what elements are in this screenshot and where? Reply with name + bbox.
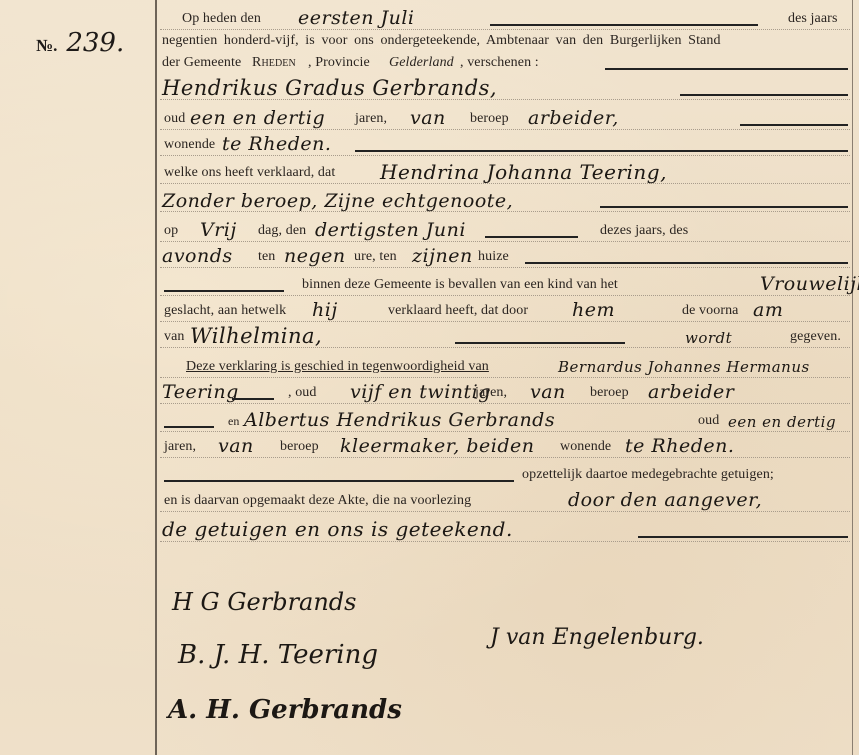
printed-text: , oud [288,385,317,401]
municipality-name: Rheden [252,55,296,71]
line-birth-date: op Vrij dag, den dertigsten Juni dezes j… [160,220,850,244]
handwritten-text: am [753,299,783,321]
line-child-name: van Wilhelmina, wordt gegeven. [160,326,850,350]
line-witness2-details: jaren, van beroep kleermaker, beiden won… [160,436,850,460]
printed-text: dezes jaars, des [600,223,688,239]
fill-bar [525,262,848,264]
handwritten-text: hem [572,299,615,321]
fill-bar [164,480,514,482]
handwritten-age: een en dertig [190,107,325,129]
handwritten-house: zijnen [412,245,473,267]
document-page: №. 239. Op heden den eersten Juli des ja… [0,0,859,755]
line-naming: geslacht, aan hetwelk hij verklaard heef… [160,300,850,324]
printed-text: wonende [560,439,611,455]
handwritten-text: wordt [685,329,732,347]
printed-text: van [164,329,185,345]
line-declarant-residence: wonende te Rheden. [160,134,850,158]
printed-text: op [164,223,178,239]
record-number-label: №. [36,36,57,55]
signature-witness2: A. H. Gerbrands [168,695,402,725]
printed-text: opzettelijk daartoe medegebrachte getuig… [522,467,774,483]
handwritten-hour: negen [284,245,346,267]
printed-text: welke ons heeft verklaard, dat [164,165,335,181]
line-signed: de getuigen en ons is geteekend. [160,520,850,544]
line-declarant-age: oud een en dertig jaren, van beroep arbe… [160,108,850,132]
fill-bar [355,150,848,152]
handwritten-child-name: Wilhelmina, [190,324,322,348]
signature-witness1: B. J. H. Teering [178,640,378,670]
signature-registrar: J van Engelenburg. [490,625,704,650]
line-declarant-name: Hendrikus Gradus Gerbrands, [160,78,850,102]
handwritten-date: eersten Juli [298,7,414,29]
handwritten-witness1-occupation: arbeider [648,381,734,403]
handwritten-mother-name: Hendrina Johanna Teering, [380,160,667,184]
handwritten-text: van [410,107,446,129]
printed-text: geslacht, aan hetwelk [164,303,286,319]
printed-text: Deze verklaring is geschied in tegenwoor… [186,359,489,375]
printed-text: beroep [590,385,629,401]
fill-bar [600,206,848,208]
line-mother: welke ons heeft verklaard, dat Hendrina … [160,162,850,186]
printed-text: ure, ten [354,249,397,265]
printed-text: oud [698,413,719,429]
line-municipality: der Gemeente Rheden , Provincie Gelderla… [160,52,850,76]
printed-text: Op heden den [182,11,261,27]
record-number: №. 239. [36,28,124,58]
handwritten-declarant: Hendrikus Gradus Gerbrands, [162,76,497,100]
right-border-rule [852,0,853,755]
printed-text: huize [478,249,509,265]
printed-text: negentien honderd-vijf, is voor ons onde… [162,33,721,49]
printed-text: wonende [164,137,215,153]
handwritten-residence: te Rheden. [222,133,331,155]
fill-bar [740,124,848,126]
line-birth-time: avonds ten negen ure, ten zijnen huize [160,246,850,270]
fill-bar [455,342,625,344]
handwritten-text: hij [312,299,338,321]
handwritten-mother-occupation: Zonder beroep, Zijne echtgenoote, [162,190,513,212]
handwritten-occupation: arbeider, [528,107,619,129]
handwritten-daypart: avonds [162,245,233,267]
record-number-value: 239. [66,28,124,58]
line-witness-intro: Deze verklaring is geschied in tegenwoor… [160,356,850,380]
printed-text: gegeven. [790,329,841,345]
handwritten-text: van [530,381,566,403]
handwritten-witness1-surname: Teering [162,381,239,403]
line-mother-occupation: Zonder beroep, Zijne echtgenoote, [160,190,850,214]
printed-text: , verschenen : [460,55,539,71]
printed-text: de voorna [682,303,739,319]
handwritten-text: van [218,435,254,457]
printed-text: oud [164,111,185,127]
fill-bar [605,68,848,70]
printed-text: der Gemeente [162,55,241,71]
handwritten-text: door den aangever, [568,489,762,511]
printed-text: jaren, [355,111,387,127]
handwritten-witness1-age: vijf en twintig [350,381,491,403]
printed-text: des jaars [788,11,838,27]
handwritten-witness2-occupation: kleermaker, beiden [340,435,534,457]
printed-text: beroep [280,439,319,455]
handwritten-birth-date: dertigsten Juni [315,219,466,241]
printed-text: en is daarvan opgemaakt deze Akte, die n… [164,493,471,509]
fill-bar [490,24,758,26]
line-intro: negentien honderd-vijf, is voor ons onde… [160,30,850,54]
line-date: Op heden den eersten Juli des jaars [160,8,850,32]
printed-text: jaren, [475,385,507,401]
printed-text: dag, den [258,223,306,239]
signature-declarant: H G Gerbrands [172,588,357,616]
printed-text: verklaard heeft, dat door [388,303,528,319]
fill-bar [164,426,214,428]
handwritten-text: de getuigen en ons is geteekend. [162,517,513,541]
handwritten-weekday: Vrij [200,219,237,241]
handwritten-witness2-age: een en dertig [728,413,836,431]
printed-text: beroep [470,111,509,127]
line-act-drawn: en is daarvan opgemaakt deze Akte, die n… [160,490,850,514]
printed-text: , Provincie [308,55,370,71]
fill-bar [164,290,284,292]
printed-text: binnen deze Gemeente is bevallen van een… [302,277,618,293]
handwritten-witness2-name: Albertus Hendrikus Gerbrands [244,409,555,431]
fill-bar [232,398,274,400]
printed-text: jaren, [164,439,196,455]
handwritten-witness1-name: Bernardus Johannes Hermanus [558,358,810,376]
line-witness2-name: en Albertus Hendrikus Gerbrands oud een … [160,410,850,434]
handwritten-residence: te Rheden. [625,435,734,457]
fill-bar [638,536,848,538]
fill-bar [485,236,578,238]
margin-rule [155,0,157,755]
line-witnesses-brought: opzettelijk daartoe medegebrachte getuig… [160,464,850,488]
line-child-sex: binnen deze Gemeente is bevallen van een… [160,274,850,298]
fill-bar [680,94,848,96]
province-name: Gelderland [389,55,454,71]
line-witness1-details: Teering , oud vijf en twintig jaren, van… [160,382,850,406]
handwritten-sex: Vrouwelijk [760,273,859,295]
printed-text: en [228,414,240,429]
printed-text: ten [258,249,275,265]
